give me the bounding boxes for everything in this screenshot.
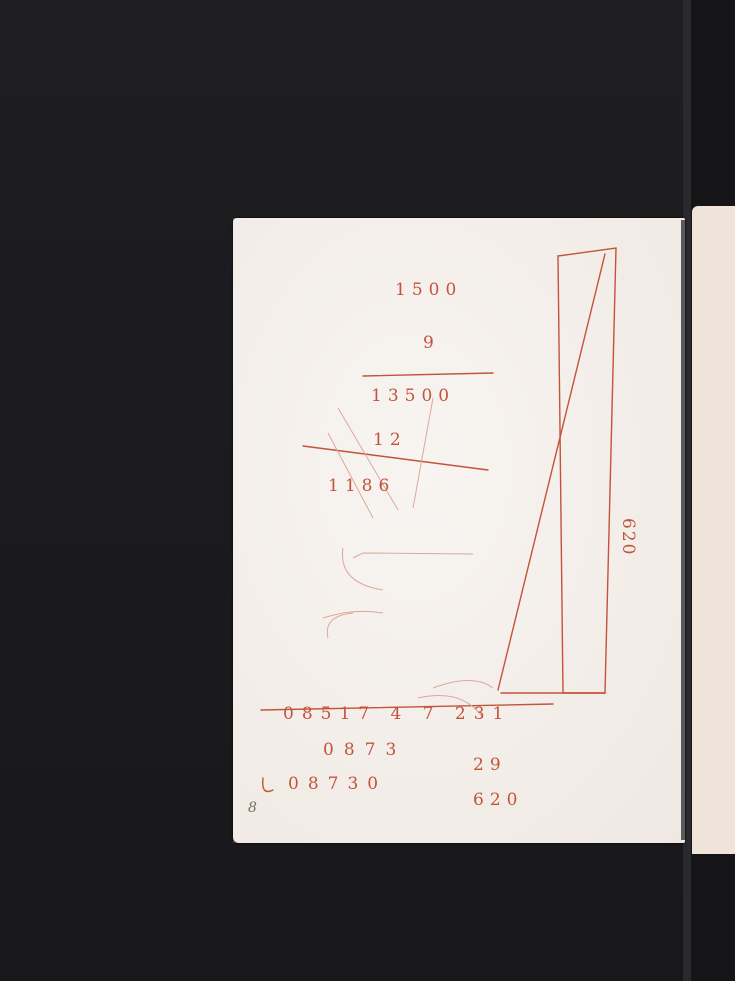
page-gutter — [681, 220, 685, 840]
note-row2: 0873 — [323, 740, 406, 760]
note-row3: 08730 — [288, 774, 387, 794]
note-side-620: 620 — [618, 518, 638, 556]
note-29: 29 — [473, 755, 507, 775]
facing-page-edge — [692, 206, 735, 854]
note-12: 12 — [373, 430, 407, 450]
note-bottom-row: 08517 4 7 231 — [283, 704, 511, 724]
note-620: 620 — [473, 790, 523, 810]
note-13500: 13500 — [371, 386, 455, 406]
note-9: 9 — [423, 333, 440, 353]
page-number-mark: 8 — [248, 800, 257, 816]
note-1500: 1500 — [395, 280, 462, 300]
manuscript-page: 1500 9 13500 12 1186 08517 4 7 231 0873 … — [233, 218, 685, 843]
note-1186: 1186 — [328, 476, 395, 496]
